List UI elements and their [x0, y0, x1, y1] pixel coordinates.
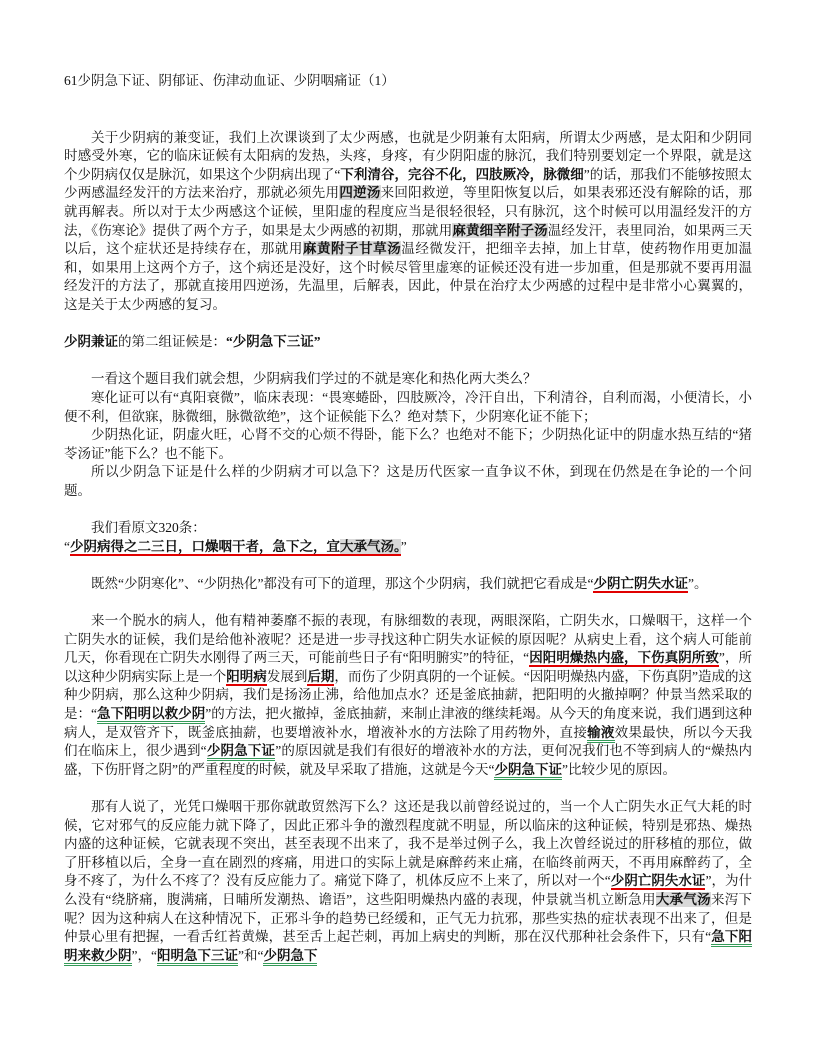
- emphasized-term: 少阴亡阴失水证: [593, 576, 688, 593]
- emphasized-term: 少阴急下证: [494, 762, 562, 780]
- emphasized-term: 输液: [587, 725, 615, 743]
- text-segment: 少阴热化证，阴虚火旺，心肾不交的心烦不得卧，能下么？也绝对不能下；少阴热化证中的…: [64, 427, 752, 461]
- text-segment: ”和“: [238, 948, 263, 963]
- text-segment: 一看这个题目我们就会想，少阴病我们学过的不就是寒化和热化两大类么？: [91, 371, 537, 386]
- text-segment: ”，“: [132, 948, 157, 963]
- emphasized-term: 阳明急下三证: [157, 948, 238, 966]
- emphasized-term: 四逆汤: [339, 185, 380, 200]
- paragraph: 那有人说了，光凭口燥咽干那你就敢贸然泻下么？这还是我以前曾经说过的，当一个人亡阴…: [64, 798, 752, 965]
- paragraph: 来一个脱水的病人，他有精神萎靡不振的表现，有脉细数的表现，两眼深陷，亡阴失水，口…: [64, 612, 752, 779]
- emphasized-term: 因阳明燥热内盛，下伤真阴所致: [529, 650, 719, 667]
- text-segment: 我们看原文320条：: [91, 520, 206, 535]
- text-segment: 既然“少阴寒化”、“少阴热化”都没有可下的道理，那这个少阴病，我们就把它看成是“: [91, 576, 593, 591]
- emphasized-term: “少阴急下三证”: [226, 334, 321, 349]
- document-body: 关于少阴病的兼变证，我们上次课谈到了太少两感，也就是少阴兼有太阳病，所谓太少两感…: [64, 129, 752, 966]
- paragraph: 关于少阴病的兼变证，我们上次课谈到了太少两感，也就是少阴兼有太阳病，所谓太少两感…: [64, 129, 752, 315]
- paragraph: 所以少阴急下证是什么样的少阴病才可以急下？这是历代医家一直争议不休，到现在仍然是…: [64, 463, 752, 500]
- text-segment: 发展到: [267, 669, 308, 684]
- paragraph: 少阴兼证的第二组证候是：“少阴急下三证”: [64, 333, 752, 352]
- emphasized-term: 少阴急下证: [207, 743, 276, 761]
- text-segment: ”: [401, 539, 407, 554]
- emphasized-term: 少阴兼证: [64, 334, 118, 349]
- emphasized-term: 麻黄附子甘草汤: [303, 241, 401, 256]
- document-page: 61少阴急下证、阴郁证、伤津动血证、少阴咽痛证（1） 关于少阴病的兼变证，我们上…: [0, 0, 816, 1056]
- document-title: 61少阴急下证、阴郁证、伤津动血证、少阴咽痛证（1）: [64, 72, 752, 91]
- emphasized-term: 少阴亡阴失水证: [611, 873, 706, 890]
- emphasized-term: 后期: [307, 669, 334, 686]
- text-segment: ”比较少见的原因。: [562, 762, 676, 777]
- paragraph: 我们看原文320条：: [64, 519, 752, 538]
- emphasized-term: 少阴急下: [263, 948, 317, 966]
- emphasized-term: 大承气汤。: [340, 539, 401, 556]
- emphasized-term: 急下阳明以救少阴: [97, 706, 205, 724]
- paragraph: 寒化证可以有“真阳衰微”，临床表现：“畏寒蜷卧，四肢厥冷，冷汗自出，下利清谷，自…: [64, 389, 752, 426]
- paragraph: 少阴热化证，阴虚火旺，心肾不交的心烦不得卧，能下么？也绝对不能下；少阴热化证中的…: [64, 426, 752, 463]
- paragraph: “少阴病得之二三日，口燥咽干者，急下之，宜大承气汤。”: [64, 538, 752, 557]
- emphasized-term: 大承气汤: [656, 892, 711, 907]
- emphasized-term: 阳明病: [226, 669, 267, 686]
- paragraph: 既然“少阴寒化”、“少阴热化”都没有可下的道理，那这个少阴病，我们就把它看成是“…: [64, 575, 752, 594]
- paragraph: 一看这个题目我们就会想，少阴病我们学过的不就是寒化和热化两大类么？: [64, 370, 752, 389]
- text-segment: ”。: [688, 576, 708, 591]
- text-segment: 寒化证可以有“真阳衰微”，临床表现：“畏寒蜷卧，四肢厥冷，冷汗自出，下利清谷，自…: [64, 390, 752, 424]
- emphasized-term: 少阴病得之二三日，口燥咽干者，急下之，宜: [70, 539, 340, 556]
- emphasized-term: 下利清谷，完谷不化，四肢厥冷，脉微细: [340, 167, 583, 182]
- emphasized-term: 麻黄细辛附子汤: [452, 223, 547, 238]
- text-segment: 所以少阴急下证是什么样的少阴病才可以急下？这是历代医家一直争议不休，到现在仍然是…: [64, 464, 752, 498]
- text-segment: 的第二组证候是：: [118, 334, 226, 349]
